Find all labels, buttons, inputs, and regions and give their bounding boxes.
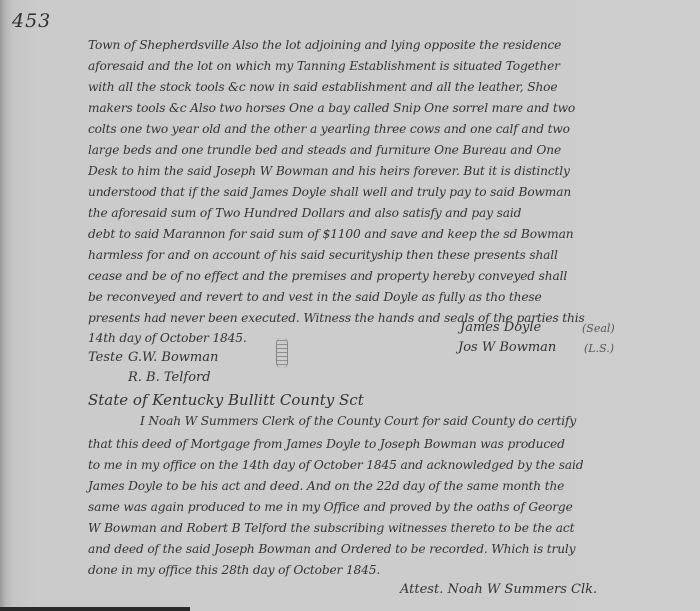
certificate-line: and deed of the said Joseph Bowman and O… <box>88 542 575 556</box>
certificate-line: I Noah W Summers Clerk of the County Cou… <box>140 414 576 428</box>
deed-line: cease and be of no effect and the premis… <box>88 269 567 283</box>
ledger-page: 453 Town of Shepherdsville Also the lot … <box>0 0 700 611</box>
teste-label: Teste <box>88 350 123 365</box>
certificate-line: same was again produced to me in my Offi… <box>88 500 573 514</box>
page-edge <box>0 607 190 611</box>
deed-line: debt to said Marannon for said sum of $1… <box>88 227 573 241</box>
seal-mark: (L.S.) <box>584 342 614 355</box>
deed-line: the aforesaid sum of Two Hundred Dollars… <box>88 206 521 220</box>
deed-line: colts one two year old and the other a y… <box>88 122 570 136</box>
clerk-attest-signature: Attest. Noah W Summers Clk. <box>400 582 597 597</box>
certificate-line: to me in my office on the 14th day of Oc… <box>88 458 583 472</box>
deed-line: harmless for and on account of his said … <box>88 248 558 262</box>
deed-line: aforesaid and the lot on which my Tannin… <box>88 59 560 73</box>
grantee-signature: Jos W Bowman <box>458 340 556 355</box>
certificate-heading: State of Kentucky Bullitt County Sct <box>88 391 364 409</box>
bracket-flourish-icon <box>276 338 288 368</box>
deed-line: understood that if the said James Doyle … <box>88 185 571 199</box>
page-number: 453 <box>12 10 51 32</box>
deed-line: makers tools &c Also two horses One a ba… <box>88 101 575 115</box>
witness-signature: R. B. Telford <box>128 370 211 385</box>
deed-line: Town of Shepherdsville Also the lot adjo… <box>88 38 561 52</box>
certificate-line: done in my office this 28th day of Octob… <box>88 563 380 577</box>
deed-line: large beds and one trundle bed and stead… <box>88 143 561 157</box>
grantor-signature: James Doyle <box>460 320 541 335</box>
seal-mark: (Seal) <box>582 322 615 335</box>
witness-signature: G.W. Bowman <box>128 350 218 365</box>
deed-line: be reconveyed and revert to and vest in … <box>88 290 542 304</box>
deed-line: with all the stock tools &c now in said … <box>88 80 557 94</box>
deed-date-line: 14th day of October 1845. <box>88 331 247 345</box>
certificate-line: James Doyle to be his act and deed. And … <box>88 479 564 493</box>
deed-line: Desk to him the said Joseph W Bowman and… <box>88 164 570 178</box>
certificate-line: that this deed of Mortgage from James Do… <box>88 437 565 451</box>
certificate-line: W Bowman and Robert B Telford the subscr… <box>88 521 574 535</box>
